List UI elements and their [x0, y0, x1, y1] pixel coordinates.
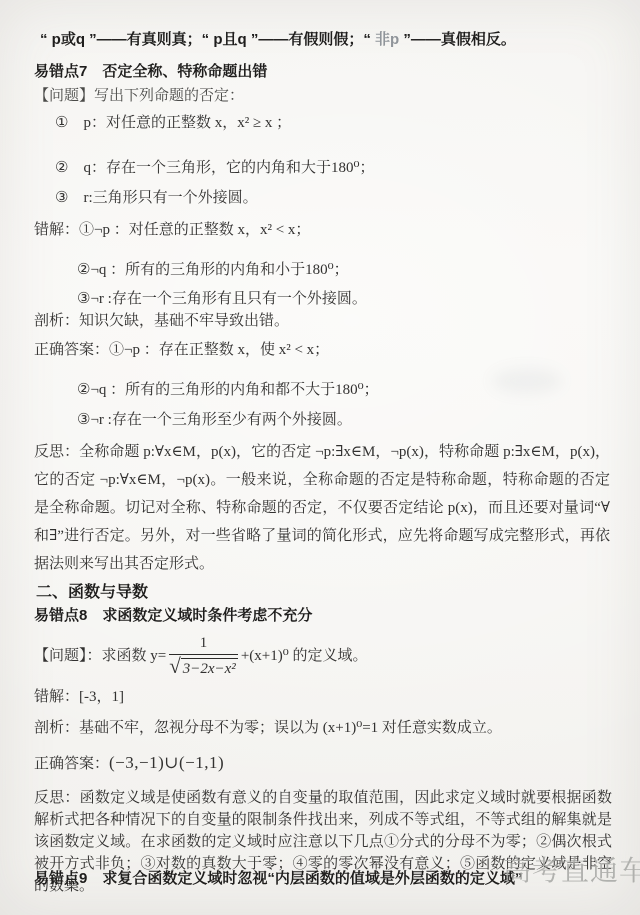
sqrt-radicand: 3−2x−x² — [181, 658, 238, 679]
mistake7-correct-answer-2: ②¬q ：所有的三角形的内角和都不大于180⁰； — [77, 380, 379, 400]
formula-prefix: 【问题】：求函数 y= — [34, 646, 166, 666]
mistake9-heading: 易错点9 求复合函数定义域时忽视“内层函数的值域是外层函数的定义域” — [34, 869, 504, 889]
fraction-numerator: 1 — [198, 634, 210, 654]
correct-answer-value: (−3,−1)∪(−1,1) — [109, 753, 224, 772]
mistake7-correct-answer-3: ③¬r :存在一个三角形至少有两个外接圆。 — [77, 410, 352, 430]
mistake7-problem-label: 【问题】写出下列命题的否定： — [34, 86, 244, 106]
mistake8-analysis: 剖析：基础不牢，忽视分母不为零；误以为 (x+1)⁰=1 对任意实数成立。 — [34, 718, 502, 738]
sqrt-icon: √ — [169, 657, 181, 675]
section2-heading: 二、函数与导数 — [36, 583, 148, 603]
mistake7-reflection: 反思：全称命题 p:∀x∈M，p(x)，它的否定 ¬p:∃x∈M，¬p(x)，特… — [34, 438, 610, 578]
logic-rule-faint-not-p: 非p — [375, 31, 399, 48]
fraction-denominator: √ 3−2x−x² — [169, 654, 238, 679]
mistake7-item2: ② q：存在一个三角形，它的内角和大于180⁰； — [55, 158, 374, 178]
mistake7-wrong-answer-1: 错解：①¬p ：对任意的正整数 x，x² < x； — [34, 220, 310, 240]
mistake7-heading: 易错点7 否定全称、特称命题出错 — [34, 62, 267, 82]
photo-smudge — [492, 368, 562, 394]
mistake8-wrong-answer: 错解：[-3，1] — [34, 687, 124, 707]
logic-rule-post: ”——真假相反。 — [399, 31, 516, 48]
mistake7-item1: ① p：对任意的正整数 x，x² ≥ x ； — [55, 113, 291, 133]
fraction: 1 √ 3−2x−x² — [169, 634, 238, 679]
mistake7-correct-answer-1: 正确答案：①¬p ：存在正整数 x，使 x² < x； — [34, 340, 329, 360]
mistake7-wrong-answer-3: ③¬r :存在一个三角形有且只有一个外接圆。 — [77, 289, 367, 309]
mistake8-correct-answer: 正确答案：(−3,−1)∪(−1,1) — [34, 753, 224, 774]
correct-answer-label: 正确答案： — [34, 756, 109, 772]
logic-rule-line: “ p或q ”——有真则真；“ p且q ”——有假则假；“ 非p ”——真假相反… — [40, 30, 516, 50]
mistake7-item3: ③ r:三角形只有一个外接圆。 — [55, 188, 258, 208]
document-page: “ p或q ”——有真则真；“ p且q ”——有假则假；“ 非p ”——真假相反… — [0, 0, 640, 915]
watermark-gaokao-express: 高考直通车 — [503, 861, 640, 881]
formula-suffix: +(x+1)⁰ 的定义域。 — [241, 646, 368, 666]
mistake7-analysis: 剖析：知识欠缺，基础不牢导致出错。 — [34, 311, 289, 331]
mistake8-problem-formula: 【问题】：求函数 y= 1 √ 3−2x−x² +(x+1)⁰ 的定义域。 — [34, 633, 368, 679]
mistake7-wrong-answer-2: ②¬q ：所有的三角形的内角和小于180⁰； — [77, 260, 349, 280]
logic-rule-pre: “ p或q ”——有真则真；“ p且q ”——有假则假；“ — [40, 31, 375, 48]
mistake8-heading: 易错点8 求函数定义域时条件考虑不充分 — [34, 606, 312, 626]
